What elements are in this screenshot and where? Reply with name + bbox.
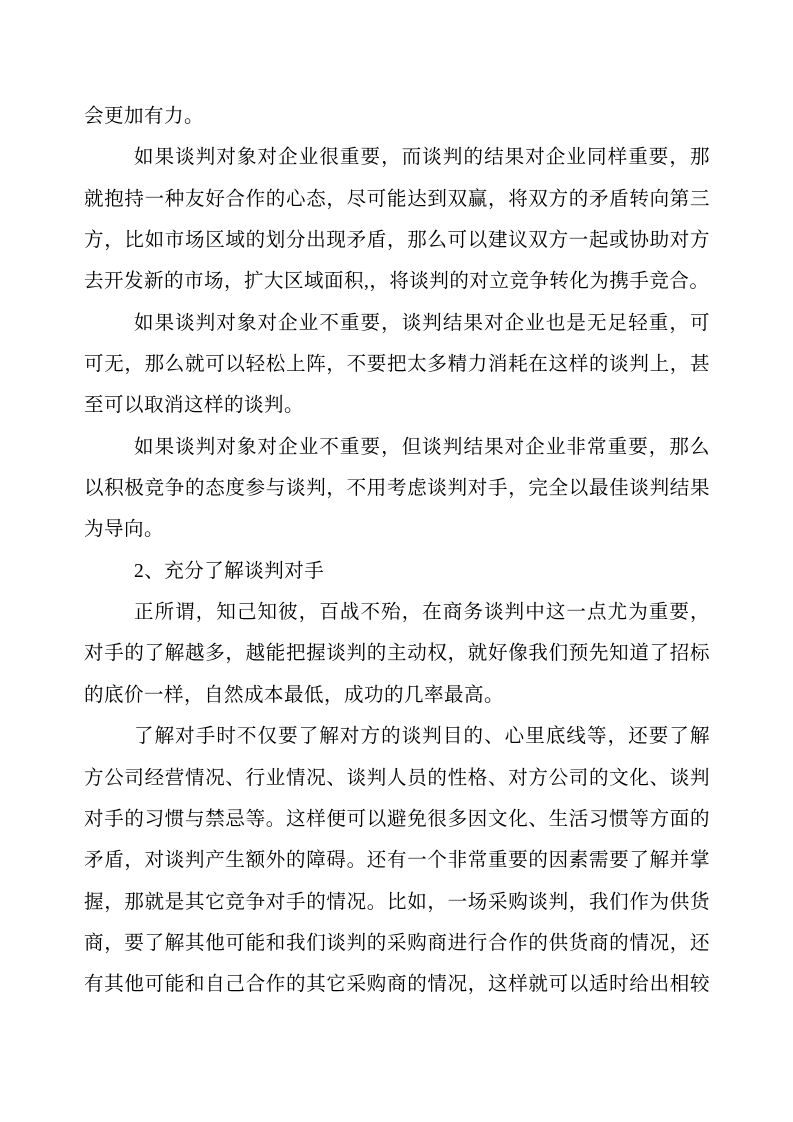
text-line: 了解对手时不仅要了解对方的谈判目的、心里底线等，还要了解对: [84, 716, 710, 757]
text-line: 至可以取消这样的谈判。: [84, 385, 710, 426]
text-line: 对手的了解越多，越能把握谈判的主动权，就好像我们预先知道了招标: [84, 633, 710, 674]
text-line: 去开发新的市场，扩大区域面积,，将谈判的对立竞争转化为携手竞合。: [84, 261, 710, 302]
text-line: 方，比如市场区域的划分出现矛盾，那么可以建议双方一起或协助对方: [84, 220, 710, 261]
text-line: 对手的习惯与禁忌等。这样便可以避免很多因文化、生活习惯等方面的: [84, 799, 710, 840]
text-line: 如果谈判对象对企业很重要，而谈判的结果对企业同样重要，那么: [84, 137, 710, 178]
text-line: 如果谈判对象对企业不重要，谈判结果对企业也是无足轻重，可有: [84, 303, 710, 344]
text-line: 正所谓，知己知彼，百战不殆，在商务谈判中这一点尤为重要，对: [84, 592, 710, 633]
text-line: 以积极竞争的态度参与谈判，不用考虑谈判对手，完全以最佳谈判结果: [84, 468, 710, 509]
text-line: 如果谈判对象对企业不重要，但谈判结果对企业非常重要，那么就: [84, 427, 710, 468]
document-text-block: 会更加有力。 如果谈判对象对企业很重要，而谈判的结果对企业同样重要，那么 就抱持…: [84, 96, 710, 1006]
text-line: 就抱持一种友好合作的心态，尽可能达到双赢，将双方的矛盾转向第三: [84, 179, 710, 220]
text-line: 会更加有力。: [84, 96, 710, 137]
text-line: 矛盾，对谈判产生额外的障碍。还有一个非常重要的因素需要了解并掌: [84, 840, 710, 881]
section-heading: 2、充分了解谈判对手: [84, 551, 710, 592]
document-page: 会更加有力。 如果谈判对象对企业很重要，而谈判的结果对企业同样重要，那么 就抱持…: [0, 0, 793, 1122]
text-line: 可无，那么就可以轻松上阵，不要把太多精力消耗在这样的谈判上，甚: [84, 344, 710, 385]
text-line: 为导向。: [84, 509, 710, 550]
text-line: 有其他可能和自己合作的其它采购商的情况，这样就可以适时给出相较: [84, 964, 710, 1005]
text-line: 握，那就是其它竞争对手的情况。比如，一场采购谈判，我们作为供货: [84, 882, 710, 923]
text-line: 商，要了解其他可能和我们谈判的采购商进行合作的供货商的情况，还: [84, 923, 710, 964]
text-line: 的底价一样，自然成本最低，成功的几率最高。: [84, 675, 710, 716]
text-line: 方公司经营情况、行业情况、谈判人员的性格、对方公司的文化、谈判: [84, 758, 710, 799]
